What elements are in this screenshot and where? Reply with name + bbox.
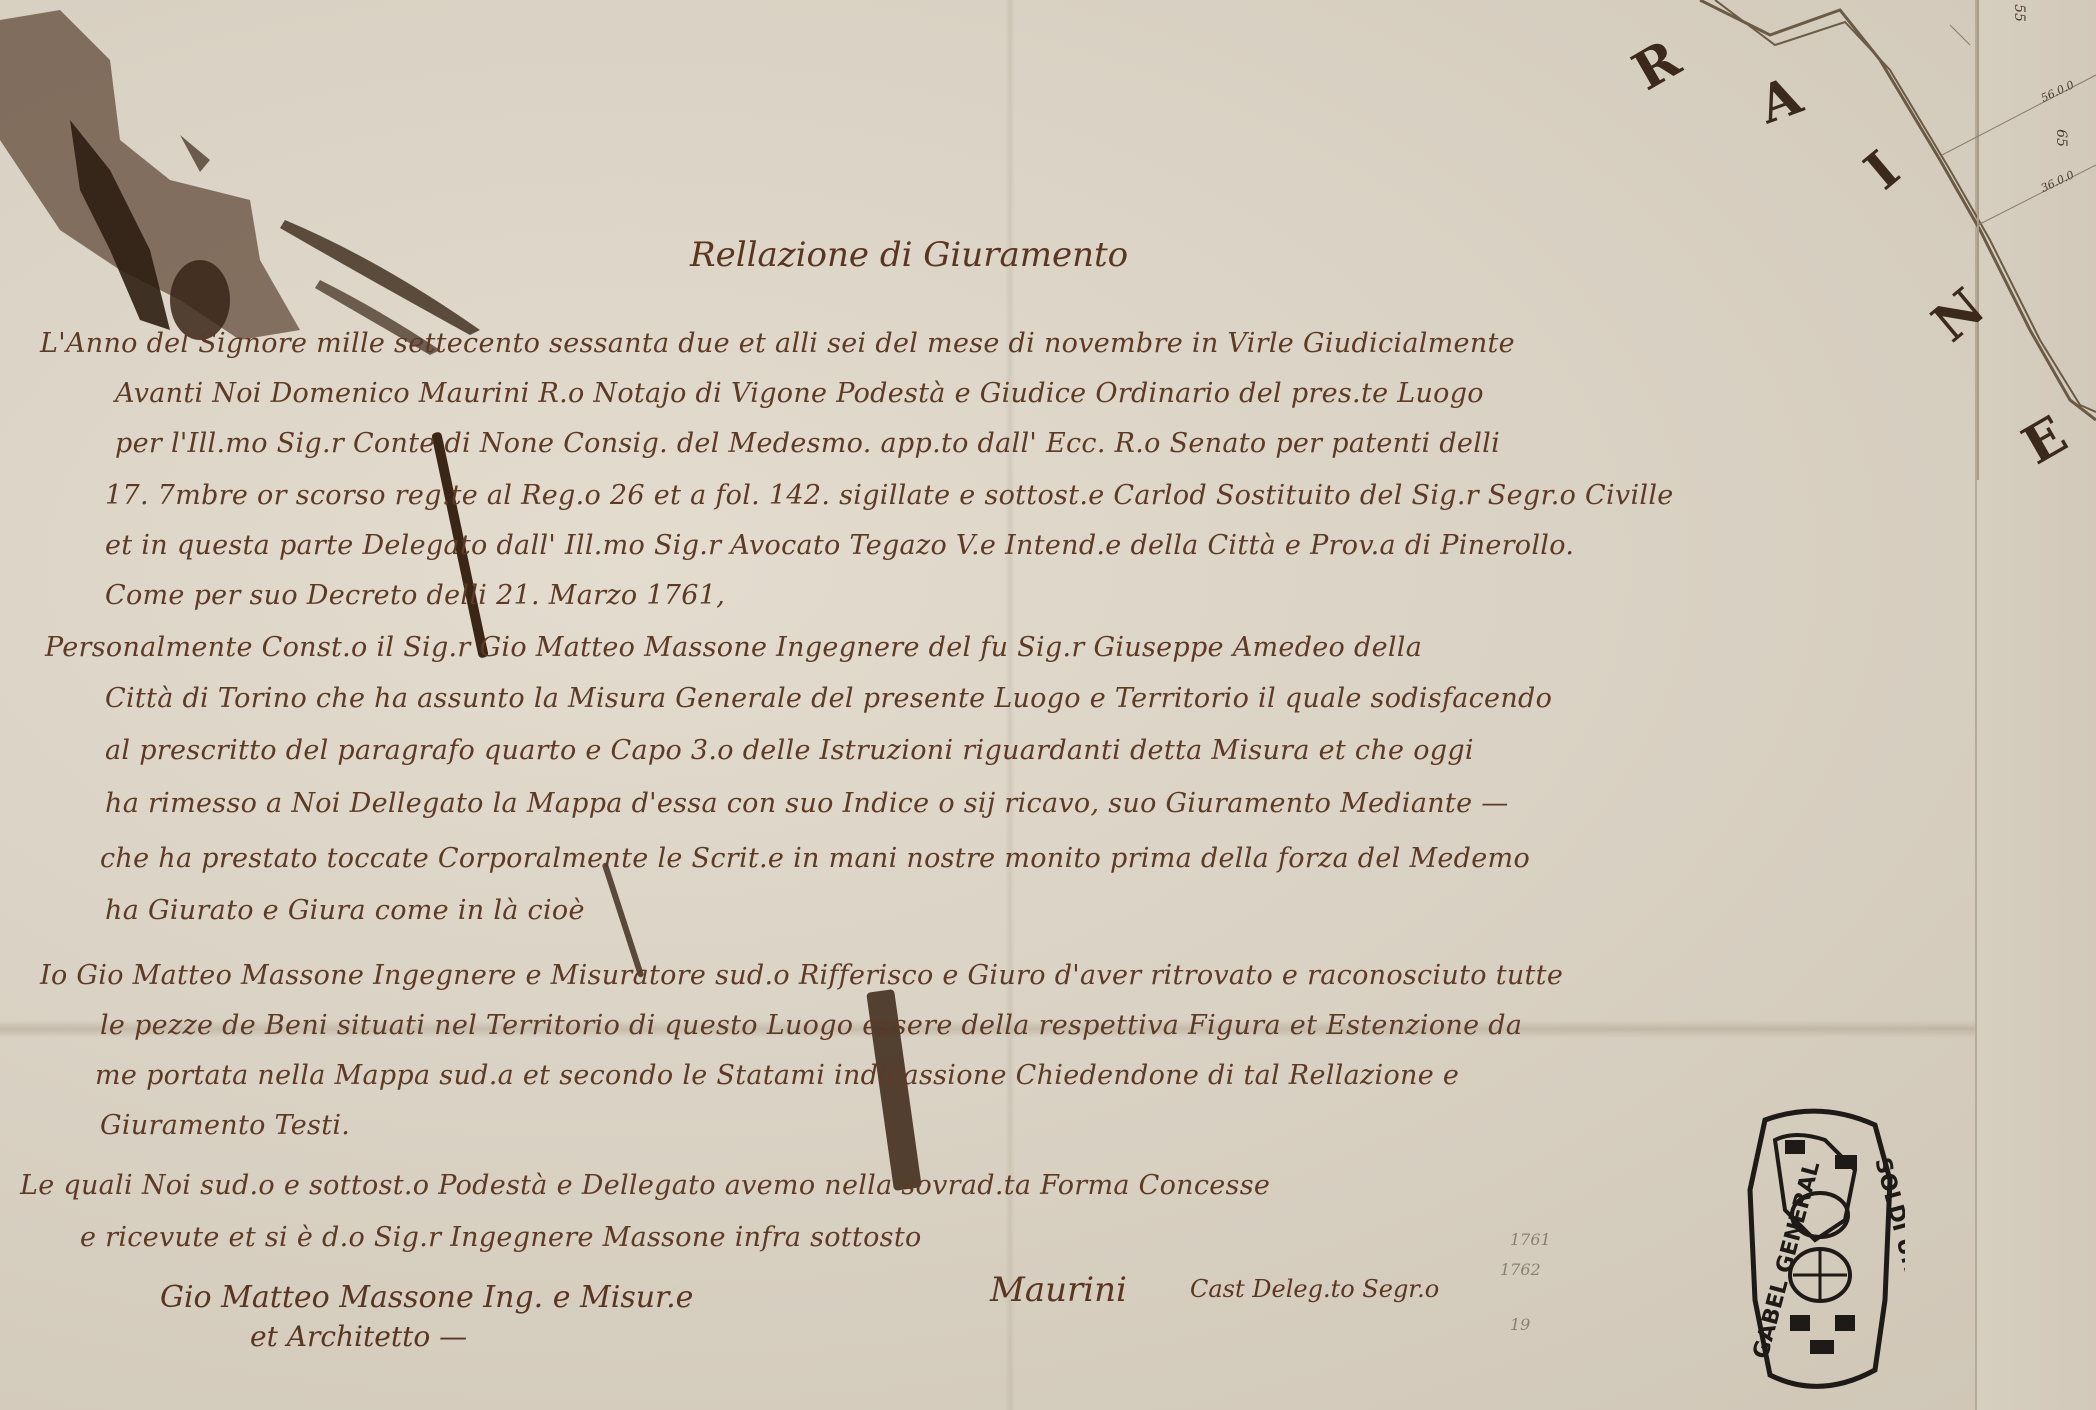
- map-parcel-number: 55: [2011, 4, 2027, 22]
- text-line: Giuramento Testi.: [100, 1110, 350, 1141]
- pencil-note: 1761: [1510, 1225, 1551, 1255]
- text-line: Come per suo Decreto delli 21. Marzo 176…: [105, 580, 725, 611]
- secretary-signature: Cast Deleg.to Segr.o: [1190, 1275, 1439, 1303]
- text-line: et in questa parte Delegato dall' Ill.mo…: [105, 530, 1574, 561]
- engineer-signature: Gio Matteo Massone Ing. e Misur.e: [160, 1280, 693, 1315]
- text-line: ha Giurato e Giura come in là cioè: [105, 895, 585, 926]
- engineer-title: et Architetto —: [250, 1320, 467, 1353]
- text-line: ha rimesso a Noi Dellegato la Mappa d'es…: [105, 788, 1509, 819]
- stamp-text-left: GABEL GENERAL: [1749, 1159, 1826, 1362]
- text-line: Personalmente Const.o il Sig.r Gio Matte…: [45, 632, 1422, 663]
- ink-blot-stain: [0, 0, 520, 360]
- text-line: Le quali Noi sud.o e sottost.o Podestà e…: [20, 1170, 1270, 1201]
- text-line: al prescritto del paragrafo quarto e Cap…: [105, 735, 1474, 766]
- text-line: per l'Ill.mo Sig.r Conte di None Consig.…: [115, 428, 1500, 459]
- gabella-tax-stamp: GABEL GENERAL SOLDI UNE: [1735, 1100, 1905, 1400]
- map-parcel-number: 65: [2053, 129, 2069, 147]
- text-line: me portata nella Mappa sud.a et secondo …: [95, 1060, 1459, 1091]
- text-line: L'Anno del Signore mille settecento sess…: [40, 328, 1515, 359]
- notary-signature: Maurini: [990, 1270, 1127, 1310]
- document-title: Rellazione di Giuramento: [690, 235, 1128, 275]
- text-line: Città di Torino che ha assunto la Misura…: [105, 683, 1552, 714]
- text-line: le pezze de Beni situati nel Territorio …: [100, 1010, 1522, 1041]
- text-line: 17. 7mbre or scorso reg.te al Reg.o 26 e…: [105, 480, 1674, 511]
- text-line: Io Gio Matteo Massone Ingegnere e Misura…: [40, 960, 1563, 991]
- pencil-note: 1762: [1500, 1255, 1541, 1285]
- text-line: e ricevute et si è d.o Sig.r Ingegnere M…: [80, 1222, 922, 1253]
- text-line: che ha prestato toccate Corporalmente le…: [100, 843, 1530, 874]
- text-line: Avanti Noi Domenico Maurini R.o Notajo d…: [115, 378, 1484, 409]
- pencil-note: 19: [1510, 1310, 1530, 1340]
